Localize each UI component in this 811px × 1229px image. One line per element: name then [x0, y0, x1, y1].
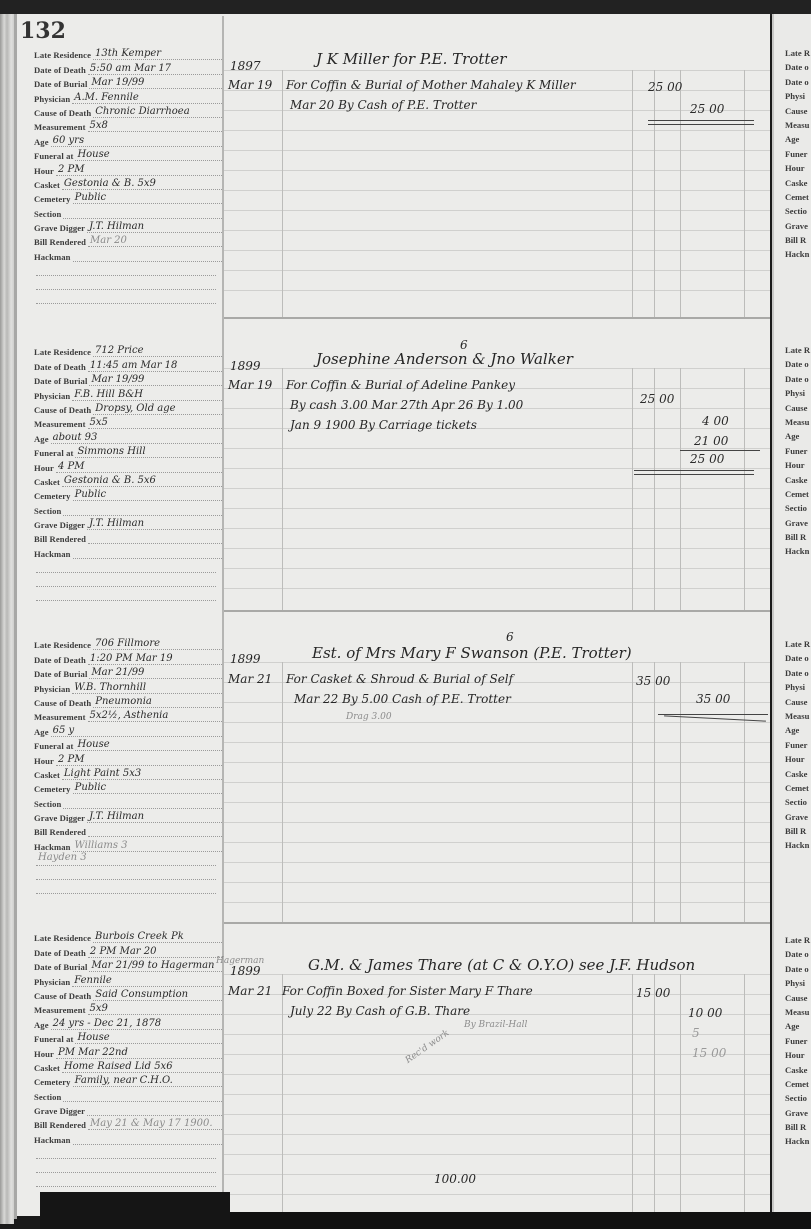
field-hour: Hour2 PM — [34, 161, 222, 175]
field-measurement: Measurement5x5 — [34, 415, 222, 429]
date-of-burial-value: Mar 19/99 — [89, 374, 222, 386]
field-grave-digger: Grave Digger — [34, 1102, 222, 1116]
entry-check-mark: 6 — [506, 630, 514, 644]
entry-credit: 25 00 — [690, 102, 724, 116]
cause-of-death-value: Chronic Diarrhoea — [93, 106, 222, 118]
entry-date: Mar 21 — [228, 984, 272, 998]
field-bill-rendered: Bill RenderedMar 20 — [34, 233, 222, 247]
entry-line: For Coffin Boxed for Sister Mary F Thare — [282, 984, 533, 998]
field-date-of-burial: Date of BurialMar 19/99 — [34, 75, 222, 89]
section-value — [63, 1090, 222, 1102]
field-casket: CasketHome Raised Lid 5x6 — [34, 1059, 222, 1073]
field-bill-rendered: Bill Rendered — [34, 823, 222, 837]
entry-annotation: Drag 3.00 — [346, 712, 392, 722]
field-age: Age65 y — [34, 722, 222, 736]
entry-debit: 15 00 — [636, 986, 670, 1000]
field-cause-of-death: Cause of DeathSaid Consumption — [34, 987, 222, 1001]
field-hackman: Hackman — [34, 544, 222, 558]
age-value: 65 y — [51, 725, 222, 737]
cemetery-value: Public — [73, 782, 222, 794]
field-cemetery: CemeteryPublic — [34, 487, 222, 501]
field-date-of-death: Date of Death11:45 am Mar 18 — [34, 357, 222, 371]
blank-line — [36, 587, 216, 601]
field-section: Section — [34, 501, 222, 515]
late-residence-value: 13th Kemper — [93, 48, 222, 60]
field-hackman: Hackman — [34, 247, 222, 261]
blank-line — [36, 1173, 216, 1187]
field-bill-rendered: Bill Rendered — [34, 530, 222, 544]
entry-year: 1899 — [230, 359, 261, 373]
field-late-residence: Late Residence13th Kemper — [34, 46, 222, 60]
entry-credit: 15 00 — [692, 1046, 726, 1060]
funeral-at-value: Simmons Hill — [75, 446, 222, 458]
hackman-value: Williams 3 — [73, 840, 222, 852]
entry-credit: 35 00 — [696, 692, 730, 706]
field-casket: CasketLight Paint 5x3 — [34, 766, 222, 780]
field-funeral-at: Funeral atSimmons Hill — [34, 444, 222, 458]
field-physician: PhysicianF.B. Hill B&H — [34, 386, 222, 400]
blank-line — [36, 559, 216, 573]
record-forms-column: Late Residence13th Kemper Date of Death5… — [0, 0, 222, 1202]
hackman-value — [73, 1133, 222, 1145]
hackman-value — [73, 547, 222, 559]
entry-line: For Coffin & Burial of Mother Mahaley K … — [286, 78, 576, 92]
field-late-residence: Late Residence712 Price — [34, 343, 222, 357]
field-section: Section — [34, 204, 222, 218]
blank-line — [36, 262, 216, 276]
entry-year: 1899 — [230, 652, 261, 666]
field-late-residence: Late ResidenceBurbois Creek Pk — [34, 929, 222, 943]
cemetery-value: Family, near C.H.O. — [73, 1075, 222, 1087]
field-grave-digger: Grave DiggerJ.T. Hilman — [34, 516, 222, 530]
measurement-value: 5x5 — [88, 417, 222, 429]
facing-page-form-2: Late RDate oDate oPhysiCauseMeasuAgeFune… — [774, 342, 811, 558]
entry-annotation: By Brazil-Hall — [464, 1020, 527, 1030]
field-measurement: Measurement5x2½, Asthenia — [34, 708, 222, 722]
record-divider — [224, 922, 770, 924]
field-cause-of-death: Cause of DeathDropsy, Old age — [34, 401, 222, 415]
entry-credit: 21 00 — [694, 434, 728, 448]
field-date-of-death: Date of Death2 PM Mar 20 — [34, 943, 222, 957]
physician-value: A.M. Fennile — [72, 92, 222, 104]
blank-line — [36, 1159, 216, 1173]
cause-of-death-value: Dropsy, Old age — [93, 403, 222, 415]
hour-value: 2 PM — [56, 754, 222, 766]
entry-credit: 5 — [692, 1026, 700, 1040]
section-value — [63, 207, 222, 219]
cause-of-death-value: Pneumonia — [93, 696, 222, 708]
blank-line — [36, 1145, 216, 1159]
bill-rendered-value — [88, 532, 222, 544]
field-cause-of-death: Cause of DeathPneumonia — [34, 694, 222, 708]
record-divider — [224, 317, 770, 319]
record-form-4: Late ResidenceBurbois Creek Pk Date of D… — [34, 929, 222, 1187]
field-date-of-death: Date of Death1:20 PM Mar 19 — [34, 650, 222, 664]
entry-date: Mar 21 — [228, 672, 272, 686]
entry-line: Jan 9 1900 By Carriage tickets — [290, 418, 477, 432]
age-value: 60 yrs — [51, 135, 222, 147]
blank-line — [36, 290, 216, 304]
field-age: Age60 yrs — [34, 132, 222, 146]
entry-year: 1899 — [230, 964, 261, 978]
field-funeral-at: Funeral atHouse — [34, 1030, 222, 1044]
date-of-burial-value: Mar 21/99 — [89, 667, 222, 679]
entry-account: G.M. & James Thare (at C & O.Y.O) see J.… — [308, 956, 695, 974]
measurement-value: 5x8 — [88, 120, 222, 132]
field-cemetery: CemeteryFamily, near C.H.O. — [34, 1073, 222, 1087]
field-section: Section — [34, 1087, 222, 1101]
record-form-2: Late Residence712 Price Date of Death11:… — [34, 343, 222, 601]
bill-rendered-value — [88, 825, 222, 837]
field-cemetery: CemeteryPublic — [34, 780, 222, 794]
entry-debit: 25 00 — [648, 80, 682, 94]
field-date-of-death: Date of Death5:50 am Mar 17 — [34, 60, 222, 74]
book-binding-bottom-right — [230, 1212, 811, 1229]
field-physician: PhysicianW.B. Thornhill — [34, 679, 222, 693]
age-value: 24 yrs - Dec 21, 1878 — [51, 1018, 222, 1030]
entry-account: Josephine Anderson & Jno Walker — [316, 350, 573, 368]
funeral-at-value: House — [75, 1032, 222, 1044]
blank-line — [36, 866, 216, 880]
field-grave-digger: Grave DiggerJ.T. Hilman — [34, 809, 222, 823]
entry-date: Mar 19 — [228, 378, 272, 392]
hackman-value — [73, 250, 222, 262]
field-funeral-at: Funeral atHouse — [34, 147, 222, 161]
field-age: Age24 yrs - Dec 21, 1878 — [34, 1015, 222, 1029]
grave-digger-value — [87, 1104, 222, 1116]
field-cemetery: CemeteryPublic — [34, 190, 222, 204]
entry-line: By cash 3.00 Mar 27th Apr 26 By 1.00 — [290, 398, 523, 412]
cemetery-value: Public — [73, 489, 222, 501]
casket-value: Gestonia & B. 5x9 — [62, 178, 222, 190]
entry-line: July 22 By Cash of G.B. Thare — [290, 1004, 470, 1018]
physician-value: F.B. Hill B&H — [72, 389, 222, 401]
field-hackman: HackmanWilliams 3 — [34, 837, 222, 851]
entry-credit: 25 00 — [690, 452, 724, 466]
grave-digger-value: J.T. Hilman — [87, 221, 222, 233]
field-measurement: Measurement5x8 — [34, 118, 222, 132]
field-section: Section — [34, 794, 222, 808]
entry-account: J K Miller for P.E. Trotter — [316, 50, 506, 68]
ledger-area: 1897 J K Miller for P.E. Trotter Mar 19 … — [224, 16, 770, 1212]
field-hackman: Hackman — [34, 1130, 222, 1144]
field-grave-digger: Grave DiggerJ.T. Hilman — [34, 219, 222, 233]
bill-rendered-value: Mar 20 — [88, 235, 222, 247]
field-date-of-burial: Date of BurialMar 21/99 to Hagerman — [34, 958, 222, 972]
field-funeral-at: Funeral atHouse — [34, 737, 222, 751]
blank-line — [36, 276, 216, 290]
casket-value: Home Raised Lid 5x6 — [62, 1061, 222, 1073]
date-of-burial-value: Mar 21/99 to Hagerman — [89, 960, 222, 972]
measurement-value: 5x9 — [88, 1003, 222, 1015]
grave-digger-value: J.T. Hilman — [87, 518, 222, 530]
facing-page-form-4: Late RDate oDate oPhysiCauseMeasuAgeFune… — [774, 932, 811, 1148]
book-binding-bottom — [40, 1192, 230, 1229]
field-casket: CasketGestonia & B. 5x9 — [34, 176, 222, 190]
casket-value: Gestonia & B. 5x6 — [62, 475, 222, 487]
late-residence-value: 706 Fillmore — [93, 638, 222, 650]
cemetery-value: Public — [73, 192, 222, 204]
field-hour: Hour4 PM — [34, 458, 222, 472]
age-value: about 93 — [51, 432, 222, 444]
record-form-3: Late Residence706 Fillmore Date of Death… — [34, 636, 222, 894]
field-physician: PhysicianFennile — [34, 972, 222, 986]
record-form-1: Late Residence13th Kemper Date of Death5… — [34, 46, 222, 304]
hour-value: 4 PM — [56, 461, 222, 473]
field-date-of-burial: Date of BurialMar 21/99 — [34, 665, 222, 679]
section-value — [63, 504, 222, 516]
cause-of-death-value: Said Consumption — [93, 989, 222, 1001]
facing-page-form-1: Late RDate oDate oPhysiCauseMeasuAgeFune… — [774, 45, 811, 261]
blank-line — [36, 880, 216, 894]
field-bill-rendered: Bill RenderedMay 21 & May 17 1900. — [34, 1116, 222, 1130]
entry-credit: 10 00 — [688, 1006, 722, 1020]
late-residence-value: Burbois Creek Pk — [93, 931, 222, 943]
date-of-burial-value: Mar 19/99 — [89, 77, 222, 89]
field-date-of-burial: Date of BurialMar 19/99 — [34, 372, 222, 386]
physician-value: Fennile — [72, 975, 222, 987]
date-of-death-value: 1:20 PM Mar 19 — [88, 653, 222, 665]
blank-line — [36, 573, 216, 587]
casket-value: Light Paint 5x3 — [62, 768, 222, 780]
field-hour: HourPM Mar 22nd — [34, 1044, 222, 1058]
bill-rendered-value: May 21 & May 17 1900. — [88, 1118, 222, 1130]
date-of-death-value: 5:50 am Mar 17 — [88, 63, 222, 75]
entry-date: Mar 19 — [228, 78, 272, 92]
entry-year: 1897 — [230, 59, 261, 73]
record-divider — [224, 610, 770, 612]
field-age: Ageabout 93 — [34, 429, 222, 443]
entry-debit: 25 00 — [640, 392, 674, 406]
field-late-residence: Late Residence706 Fillmore — [34, 636, 222, 650]
funeral-at-value: House — [75, 149, 222, 161]
hour-value: PM Mar 22nd — [56, 1047, 222, 1059]
date-of-death-value: 2 PM Mar 20 — [88, 946, 222, 958]
grave-digger-value: J.T. Hilman — [87, 811, 222, 823]
entry-line: Mar 22 By 5.00 Cash of P.E. Trotter — [294, 692, 511, 706]
late-residence-value: 712 Price — [93, 345, 222, 357]
entry-line: For Coffin & Burial of Adeline Pankey — [286, 378, 515, 392]
measurement-value: 5x2½, Asthenia — [88, 710, 222, 722]
page-total: 100.00 — [434, 1172, 476, 1186]
field-cause-of-death: Cause of DeathChronic Diarrhoea — [34, 104, 222, 118]
hour-value: 2 PM — [56, 164, 222, 176]
entry-credit: 4 00 — [702, 414, 729, 428]
entry-line: Mar 20 By Cash of P.E. Trotter — [290, 98, 476, 112]
field-hour: Hour2 PM — [34, 751, 222, 765]
facing-page: Late RDate oDate oPhysiCauseMeasuAgeFune… — [772, 14, 811, 1229]
field-physician: PhysicianA.M. Fennile — [34, 89, 222, 103]
entry-account: Est. of Mrs Mary F Swanson (P.E. Trotter… — [312, 644, 632, 662]
field-measurement: Measurement5x9 — [34, 1001, 222, 1015]
field-casket: CasketGestonia & B. 5x6 — [34, 473, 222, 487]
entry-debit: 35 00 — [636, 674, 670, 688]
date-of-death-value: 11:45 am Mar 18 — [88, 360, 222, 372]
physician-value: W.B. Thornhill — [72, 682, 222, 694]
facing-page-form-3: Late RDate oDate oPhysiCauseMeasuAgeFune… — [774, 636, 811, 852]
entry-line: For Casket & Shroud & Burial of Self — [286, 672, 513, 686]
section-value — [63, 797, 222, 809]
extra-line-value: Hayden 3 — [36, 852, 216, 866]
funeral-at-value: House — [75, 739, 222, 751]
